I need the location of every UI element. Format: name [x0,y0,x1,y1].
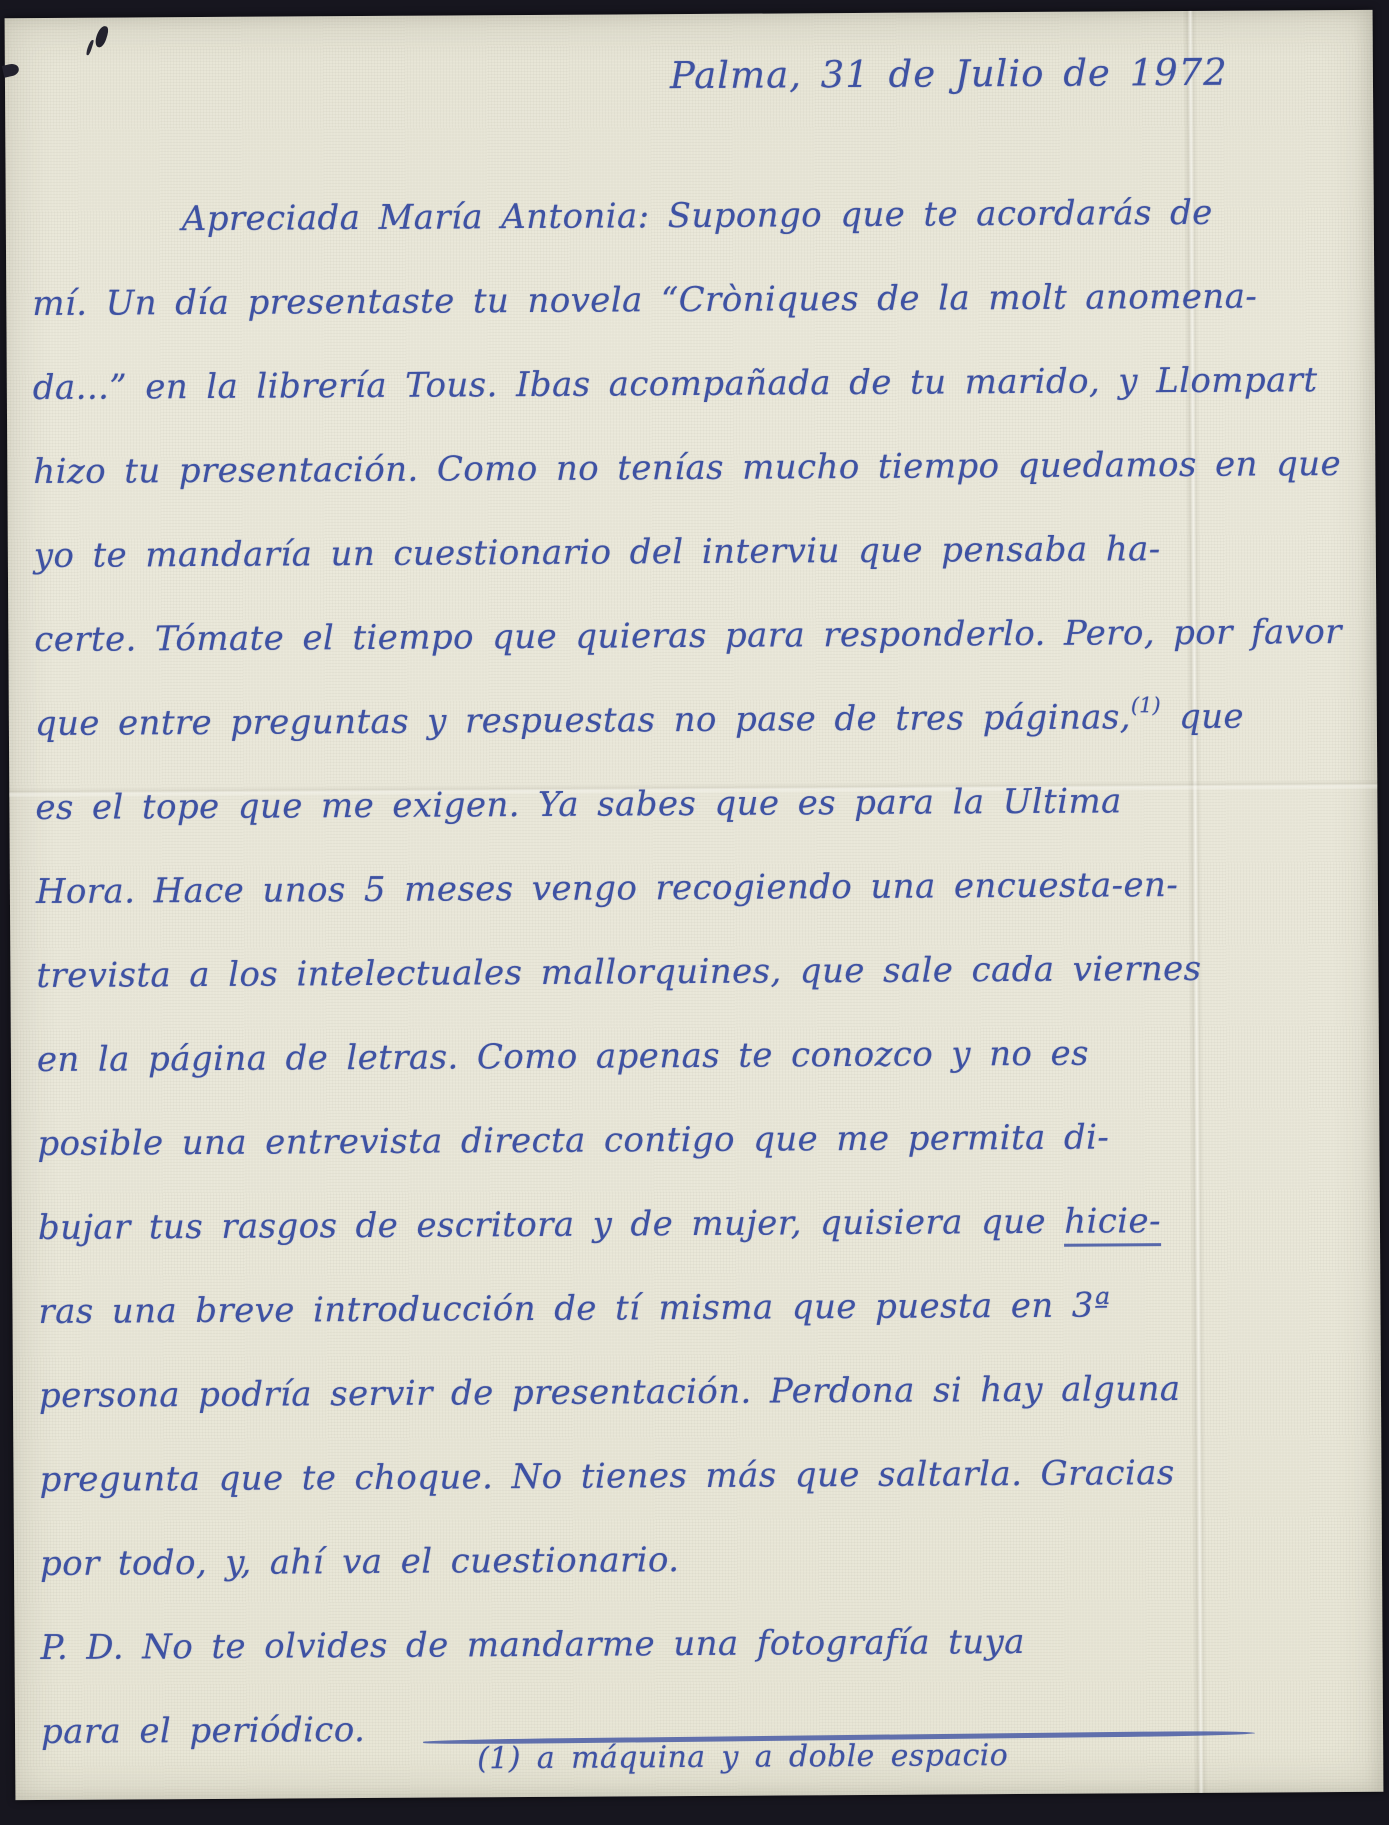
dateline: Palma, 31 de Julio de 1972 [670,51,1228,97]
letter-line: por todo, y, ahí va el cuestionario. [40,1514,1372,1606]
letter-line: que entre preguntas y respuestas no pase… [35,674,1367,766]
letter-line: bujar tus rasgos de escritora y de mujer… [38,1178,1370,1270]
letter-line: pregunta que te choque. No tienes más qu… [39,1430,1371,1522]
letter-line: da...” en la librería Tous. Ibas acompañ… [33,338,1365,430]
letter-body: Apreciada María Antonia: Supongo que te … [32,170,1374,1774]
letter-line: persona podría servir de presentación. P… [39,1346,1371,1438]
underlined-text: hicie- [1064,1201,1161,1247]
letter-line: Apreciada María Antonia: Supongo que te … [32,170,1364,262]
letter-line-text: que [1161,697,1244,738]
letter-line: es el tope que me exigen. Ya sabes que e… [35,758,1367,850]
footnote-text: (1) a máquina y a doble espacio [477,1738,1008,1776]
letter-line: yo te mandaría un cuestionario del inter… [34,506,1366,598]
scanner-background: Palma, 31 de Julio de 1972 Apreciada Mar… [0,0,1389,1825]
letter-line: en la página de letras. Como apenas te c… [37,1010,1369,1102]
ink-smudge-icon [2,63,20,78]
letter-line-text: que entre preguntas y respuestas no pase… [35,697,1131,744]
letter-line-text: bujar tus rasgos de escritora y de mujer… [38,1202,1064,1248]
letter-line: certe. Tómate el tiempo que quieras para… [34,590,1366,682]
letter-line: Hora. Hace unos 5 meses vengo recogiendo… [36,842,1368,934]
ink-smudge-icon [94,25,110,49]
letter-line: hizo tu presentación. Como no tenías muc… [33,422,1365,514]
letter-paper: Palma, 31 de Julio de 1972 Apreciada Mar… [5,10,1384,1800]
letter-line: posible una entrevista directa contigo q… [37,1094,1369,1186]
letter-line: mí. Un día presentaste tu novela “Cròniq… [32,254,1364,346]
letter-line: trevista a los intelectuales mallorquine… [36,926,1368,1018]
postscript-line: P. D. No te olvides de mandarme una foto… [40,1598,1372,1690]
footnote-reference-marker: (1) [1131,692,1161,717]
letter-line: ras una breve introducción de tí misma q… [38,1262,1370,1354]
